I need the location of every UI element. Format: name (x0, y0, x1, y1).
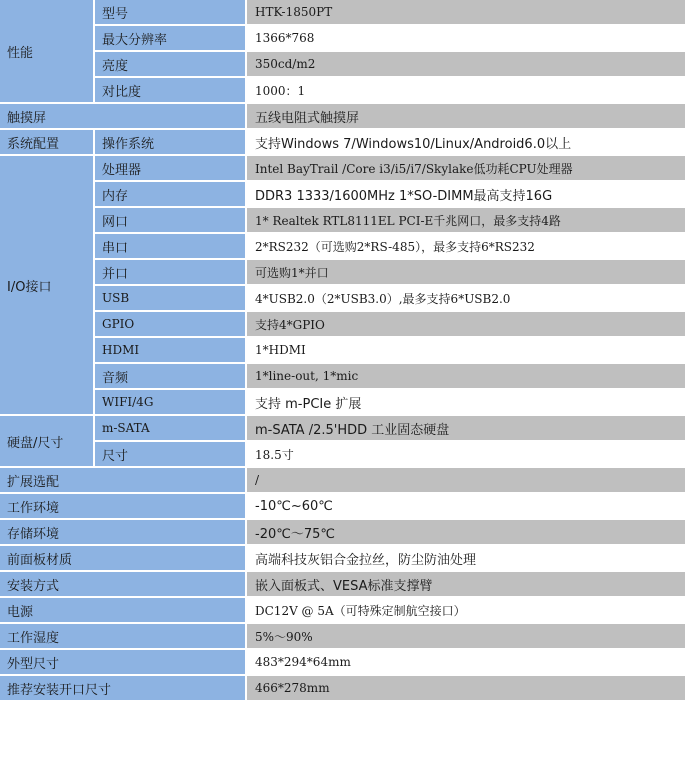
row-value: -10℃~60℃ (247, 494, 685, 520)
row-label: HDMI (95, 338, 247, 364)
table-row: WIFI/4G 支持 m-PCIe 扩展 (0, 390, 685, 416)
row-label: 并口 (95, 260, 247, 286)
table-row: 前面板材质 高端科技灰铝合金拉丝，防尘防油处理 (0, 546, 685, 572)
row-value: 高端科技灰铝合金拉丝，防尘防油处理 (247, 546, 685, 572)
table-row: 工作环境 -10℃~60℃ (0, 494, 685, 520)
row-value: 1*HDMI (247, 338, 685, 364)
table-row: 对比度 1000：1 (0, 78, 685, 104)
row-label: 处理器 (95, 156, 247, 182)
row-value: 五线电阻式触摸屏 (247, 104, 685, 130)
row-label: GPIO (95, 312, 247, 338)
table-row: 存储环境 -20℃～75℃ (0, 520, 685, 546)
group-label-performance: 性能 (0, 0, 95, 104)
table-row: 最大分辨率 1366*768 (0, 26, 685, 52)
group-label-io: I/O接口 (0, 156, 95, 416)
table-row: 触摸屏 五线电阻式触摸屏 (0, 104, 685, 130)
row-label: USB (95, 286, 247, 312)
table-row: I/O接口 处理器 Intel BayTrail /Core i3/i5/i7/… (0, 156, 685, 182)
row-value: Intel BayTrail /Core i3/i5/i7/Skylake低功耗… (247, 156, 685, 182)
group-label-work-env: 工作环境 (0, 494, 247, 520)
row-value: 466*278mm (247, 676, 685, 702)
row-label: WIFI/4G (95, 390, 247, 416)
row-value: 18.5寸 (247, 442, 685, 468)
row-value: HTK-1850PT (247, 0, 685, 26)
group-label-humidity: 工作湿度 (0, 624, 247, 650)
row-value: 可选购1*并口 (247, 260, 685, 286)
row-label: 内存 (95, 182, 247, 208)
table-row: 性能 型号 HTK-1850PT (0, 0, 685, 26)
table-row: 并口 可选购1*并口 (0, 260, 685, 286)
group-label-system: 系统配置 (0, 130, 95, 156)
row-label: 亮度 (95, 52, 247, 78)
group-label-dimensions: 外型尺寸 (0, 650, 247, 676)
row-value: 5%～90% (247, 624, 685, 650)
group-label-expansion: 扩展选配 (0, 468, 247, 494)
row-value: 483*294*64mm (247, 650, 685, 676)
row-label: m-SATA (95, 416, 247, 442)
row-value: 350cd/m2 (247, 52, 685, 78)
row-value: 支持Windows 7/Windows10/Linux/Android6.0以上 (247, 130, 685, 156)
group-label-cutout: 推荐安装开口尺寸 (0, 676, 247, 702)
table-row: HDMI 1*HDMI (0, 338, 685, 364)
table-row: 工作湿度 5%～90% (0, 624, 685, 650)
table-row: 电源 DC12V @ 5A（可特殊定制航空接口） (0, 598, 685, 624)
row-value: 1000：1 (247, 78, 685, 104)
row-value: 嵌入面板式、VESA标准支撑臂 (247, 572, 685, 598)
table-row: 扩展选配 / (0, 468, 685, 494)
table-row: 系统配置 操作系统 支持Windows 7/Windows10/Linux/An… (0, 130, 685, 156)
row-label: 网口 (95, 208, 247, 234)
table-row: 外型尺寸 483*294*64mm (0, 650, 685, 676)
row-value: 4*USB2.0（2*USB3.0）,最多支持6*USB2.0 (247, 286, 685, 312)
row-label: 尺寸 (95, 442, 247, 468)
group-label-storage-env: 存储环境 (0, 520, 247, 546)
table-row: 尺寸 18.5寸 (0, 442, 685, 468)
row-label: 对比度 (95, 78, 247, 104)
row-value: DDR3 1333/1600MHz 1*SO-DIMM最高支持16G (247, 182, 685, 208)
table-row: 安装方式 嵌入面板式、VESA标准支撑臂 (0, 572, 685, 598)
table-row: 内存 DDR3 1333/1600MHz 1*SO-DIMM最高支持16G (0, 182, 685, 208)
table-row: 推荐安装开口尺寸 466*278mm (0, 676, 685, 702)
row-value: DC12V @ 5A（可特殊定制航空接口） (247, 598, 685, 624)
table-row: USB 4*USB2.0（2*USB3.0）,最多支持6*USB2.0 (0, 286, 685, 312)
group-label-mounting: 安装方式 (0, 572, 247, 598)
row-label: 型号 (95, 0, 247, 26)
row-value: 支持 m-PCIe 扩展 (247, 390, 685, 416)
table-row: 亮度 350cd/m2 (0, 52, 685, 78)
table-row: 音频 1*line-out, 1*mic (0, 364, 685, 390)
row-label: 串口 (95, 234, 247, 260)
row-label: 音频 (95, 364, 247, 390)
row-value: m-SATA /2.5'HDD 工业固态硬盘 (247, 416, 685, 442)
group-label-touch: 触摸屏 (0, 104, 247, 130)
group-label-storage: 硬盘/尺寸 (0, 416, 95, 468)
row-value: 1366*768 (247, 26, 685, 52)
row-value: 支持4*GPIO (247, 312, 685, 338)
row-label: 最大分辨率 (95, 26, 247, 52)
row-value: 1* Realtek RTL8111EL PCI-E千兆网口，最多支持4路 (247, 208, 685, 234)
table-row: 网口 1* Realtek RTL8111EL PCI-E千兆网口，最多支持4路 (0, 208, 685, 234)
row-value: -20℃～75℃ (247, 520, 685, 546)
row-value: 2*RS232（可选购2*RS-485），最多支持6*RS232 (247, 234, 685, 260)
group-label-power: 电源 (0, 598, 247, 624)
row-label: 操作系统 (95, 130, 247, 156)
row-value: 1*line-out, 1*mic (247, 364, 685, 390)
spec-table: 性能 型号 HTK-1850PT 最大分辨率 1366*768 亮度 350cd… (0, 0, 685, 702)
group-label-front-panel: 前面板材质 (0, 546, 247, 572)
row-value: / (247, 468, 685, 494)
table-row: GPIO 支持4*GPIO (0, 312, 685, 338)
table-row: 串口 2*RS232（可选购2*RS-485），最多支持6*RS232 (0, 234, 685, 260)
table-row: 硬盘/尺寸 m-SATA m-SATA /2.5'HDD 工业固态硬盘 (0, 416, 685, 442)
